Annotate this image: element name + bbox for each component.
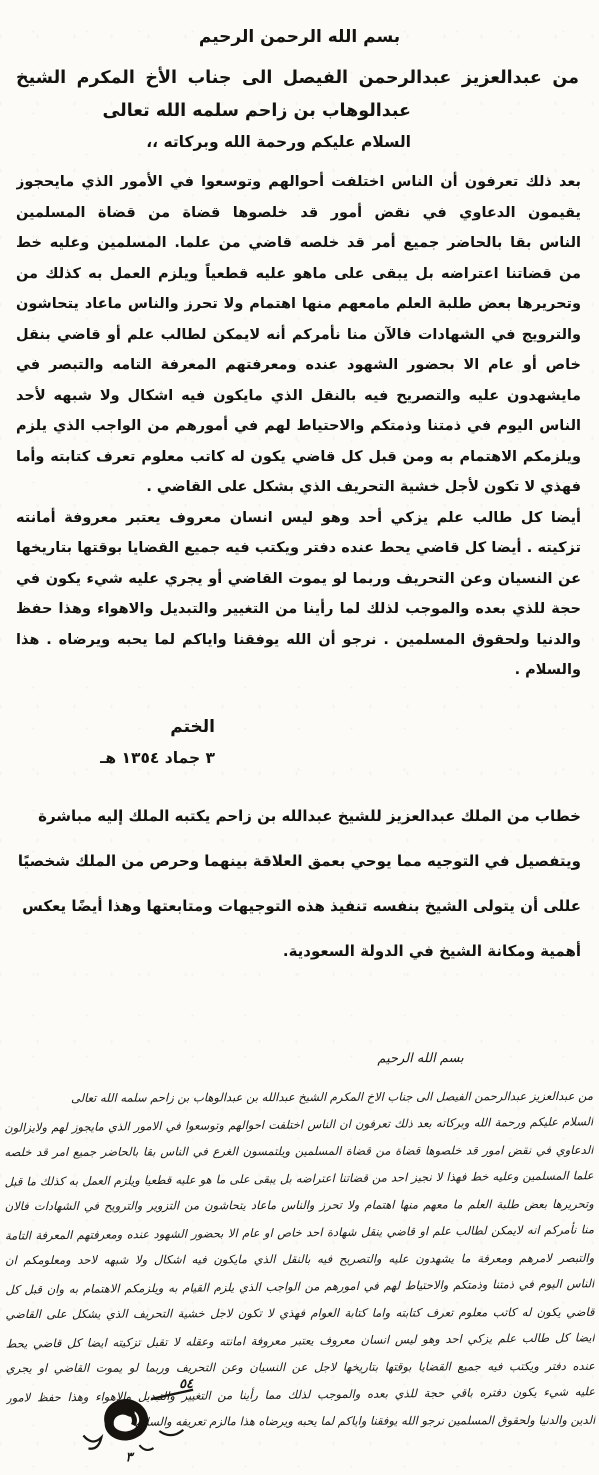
letter-recipient-line: عبدالوهاب بن زاحم سلمه الله تعالى — [16, 95, 579, 128]
manuscript-lines: من عبدالعزيز عبدالرحمن الفيصل الى جناب ا… — [0, 1068, 599, 1437]
letter-body-line: مايشهدون عليه والتصريح فيه بالنقل الذي م… — [16, 381, 581, 412]
manuscript-line: والتبصر لامرهم ومعرفة ما يشهدون عليه وال… — [5, 1245, 594, 1274]
manuscript-line: قاضي يكون له كاتب معلوم تعرف كتابته واما… — [5, 1299, 594, 1328]
letter-body-line: حجة للذي بعده والموجب لذلك لما رأينا من … — [16, 594, 581, 625]
letter-body-line: الناس اليوم في ذمتنا وذمتكم والاحتياط له… — [16, 411, 581, 442]
seal-heading: الختم — [0, 716, 215, 738]
letter-body-line: فهذي لا تكون لأجل خشية التحريف الذي بشكل… — [16, 472, 581, 503]
manuscript-basmala: بسم الله الرحيم — [0, 1040, 598, 1072]
letter-body-line: خاص أو عام الا بحضور الشهود عنده ومعرفته… — [16, 350, 581, 381]
letter-salutation: السلام عليكم ورحمة الله وبركاته ،، — [0, 130, 599, 155]
handwritten-manuscript: بسم الله الرحيم من عبدالعزيز عبدالرحمن ا… — [0, 1040, 599, 1437]
letter-body-line: يقيمون الدعاوي في نقض أمور قد خلصوها قضا… — [16, 198, 581, 229]
commentary-line: عللى أن يتولى الشيخ بنفسه تنفيذ هذه التو… — [16, 884, 581, 929]
letter-body-line: تزكيته . أيضا كل قاضي يحط عنده دفتر ويكت… — [16, 533, 581, 564]
letter-opening: من عبدالعزيز عبدالرحمن الفيصل الى جناب ا… — [0, 62, 599, 128]
letter-body-line: بعد ذلك تعرفون أن الناس اختلفت أحوالهم و… — [16, 167, 581, 198]
commentary-line: أهمية ومكانة الشيخ في الدولة السعودية. — [16, 929, 581, 974]
manuscript-seal-digit: ٣ — [125, 1450, 132, 1465]
basmala-calligraphy: بسم الله الرحمن الرحيم — [0, 0, 599, 48]
seal-block: الختم ٣ جماد ١٣٥٤ هـ — [0, 716, 215, 768]
manuscript-seal-digits: ٥٤ — [179, 1377, 193, 1392]
letter-body-line: أيضا كل طالب علم يزكي أحد وهو ليس انسان … — [16, 503, 581, 534]
letter-body-line: وتحريرها بعض طلبة العلم مامعهم منها اهتم… — [16, 289, 581, 320]
document-page: بسم الله الرحمن الرحيم من عبدالعزيز عبدا… — [0, 0, 599, 1475]
manuscript-seal: ٥٤ ٣ — [75, 1383, 208, 1462]
letter-body-line: والسلام . — [16, 655, 581, 686]
commentary-line: خطاب من الملك عبدالعزيز للشيخ عبدالله بن… — [16, 794, 581, 839]
manuscript-line: وتحريرها بعض طلبة العلم ما معهم منها اهت… — [5, 1191, 594, 1220]
manuscript-line: عنده دفتر ويكتب فيه جميع القضايا بوقتها … — [6, 1353, 595, 1382]
letter-body-line: ويلزمكم الاهتمام به ومن قبل كل قاضي يكون… — [16, 442, 581, 473]
letter-body: بعد ذلك تعرفون أن الناس اختلفت أحوالهم و… — [0, 167, 599, 686]
letter-body-line: عن النسيان وعن التحريف وربما لو يموت الق… — [16, 564, 581, 595]
commentary-block: خطاب من الملك عبدالعزيز للشيخ عبدالله بن… — [0, 794, 599, 974]
letter-sender-line: من عبدالعزيز عبدالرحمن الفيصل الى جناب ا… — [16, 62, 579, 95]
letter-body-line: من قضاتنا اعتراضه بل يبقى على ماهو عليه … — [16, 259, 581, 290]
manuscript-line: من عبدالعزيز عبدالرحمن الفيصل الى جناب ا… — [4, 1083, 593, 1112]
commentary-line: ويتفصيل في التوجيه مما يوحي بعمق العلاقة… — [16, 839, 581, 884]
seal-scribble-icon — [75, 1383, 208, 1462]
letter-body-line: والترويج في الشهادات فالآن منا نأمركم أن… — [16, 320, 581, 351]
letter-body-line: الناس بقا بالحاضر جميع أمر قد خلصه قاضي … — [16, 228, 581, 259]
letter-body-line: والدنيا ولحقوق المسلمين . نرجو أن الله ي… — [16, 625, 581, 656]
letter-date: ٣ جماد ١٣٥٤ هـ — [0, 748, 215, 768]
manuscript-line: الدعاوي في نقض امور قد خلصوها قضاة من قض… — [4, 1137, 593, 1166]
